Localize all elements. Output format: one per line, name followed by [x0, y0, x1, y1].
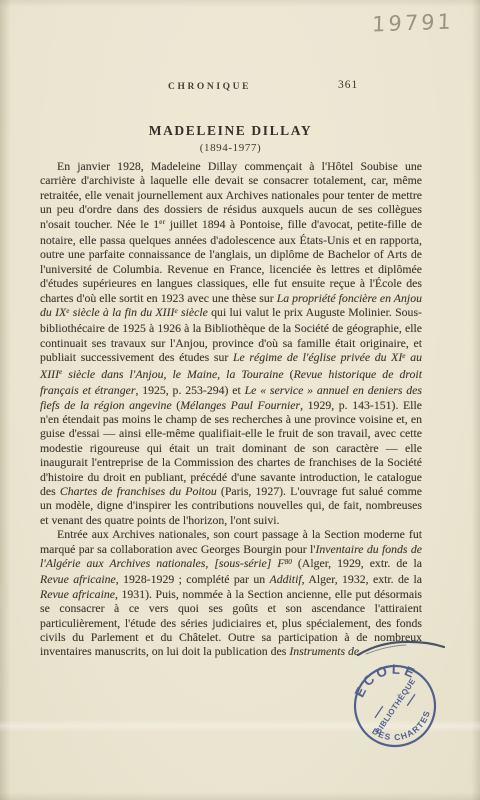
text-run: er: [159, 217, 165, 226]
text-run: siècle dans l'Anjou, le Maine, la Tourai…: [62, 367, 283, 381]
page-header: CHRONIQUE 361: [40, 82, 421, 96]
text-run: e: [402, 351, 405, 360]
text-run: siècle à la fin du XIII: [69, 305, 174, 319]
article-title: MADELEINE DILLAY: [40, 123, 421, 139]
text-run: e: [66, 306, 69, 315]
page-number: 361: [338, 79, 358, 91]
scan-edge-shadow-top: [0, 0, 480, 7]
text-run: , Alger, 1932, extr. de la: [302, 572, 422, 586]
text-run: 80: [285, 557, 292, 566]
text-run: e: [174, 306, 177, 315]
body-text: En janvier 1928, Madeleine Dillay commen…: [40, 159, 422, 659]
text-run: Instruments de: [289, 644, 359, 658]
text-run: e: [59, 367, 62, 376]
text-run: Mélanges Paul Fournier: [180, 398, 300, 412]
text-run: , 1929, p. 143-151). Elle n'en étendait …: [40, 398, 422, 498]
text-run: (Alger, 1929, extr. de la: [292, 556, 422, 570]
library-stamp: ECOLE DES CHARTES BIBLIOTHÈQUE: [350, 661, 440, 751]
scan-edge-shadow-bottom: [0, 792, 480, 800]
text-run: Additif: [270, 572, 302, 586]
text-run: Revue africaine: [40, 587, 115, 601]
scanned-page: 19791 CHRONIQUE 361 MADELEINE DILLAY (18…: [0, 0, 480, 800]
running-title: CHRONIQUE: [168, 82, 251, 92]
scan-edge-shadow-left: [0, 0, 11, 800]
scan-edge-shadow-right: [471, 0, 480, 800]
text-run: (: [284, 367, 294, 381]
text-run: (: [172, 398, 181, 412]
text-run: Chartes de franchises du Poitou: [60, 484, 217, 498]
text-run: , 1925, p. 253-294) et: [135, 383, 244, 397]
stamp-rule-upper: [375, 706, 383, 718]
text-run: Revue africaine: [40, 572, 116, 586]
paragraph: En janvier 1928, Madeleine Dillay commen…: [40, 159, 422, 527]
text-run: , 1928-1929 ; complété par un: [116, 572, 270, 586]
article-subtitle: (1894-1977): [40, 142, 421, 154]
pen-flourish-mark: [356, 639, 446, 661]
stamp-rule-lower: [407, 694, 415, 706]
handwritten-accession-number: 19791: [372, 10, 455, 37]
text-run: siècle: [178, 305, 208, 319]
text-run: Le régime de l'église privée du XI: [233, 350, 402, 364]
